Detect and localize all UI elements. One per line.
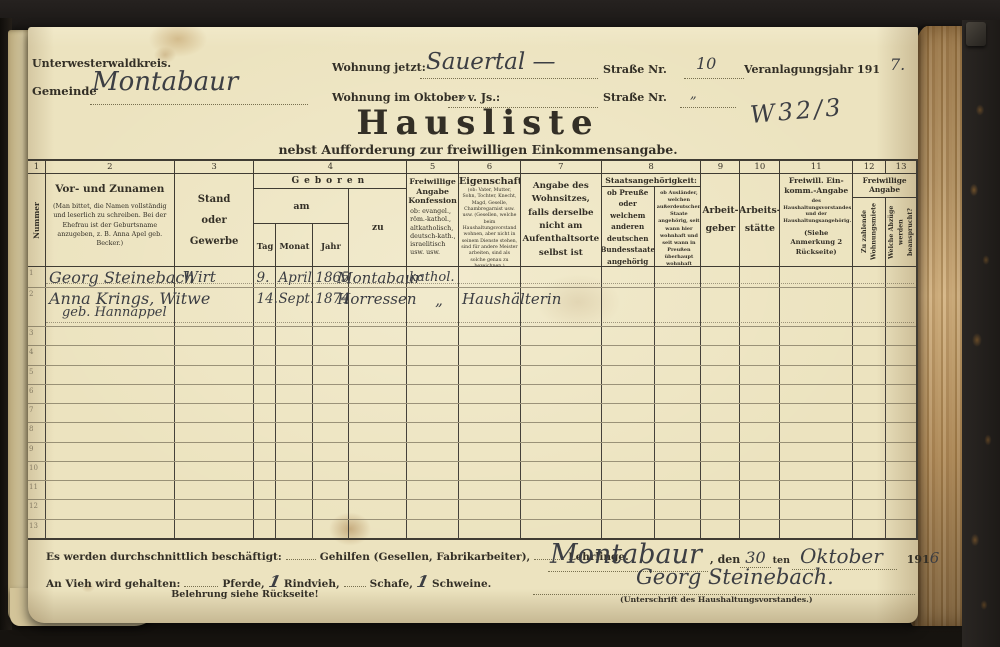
- cell-c3: [175, 327, 255, 345]
- cell-c12: [853, 520, 886, 538]
- cell-c8a2: [602, 481, 655, 499]
- cell-c6: Haushälterin: [459, 288, 521, 326]
- wohnung-jetzt-dotted-line: [420, 77, 598, 79]
- schafe-blank: [344, 577, 366, 587]
- cell-c8b2: [655, 500, 702, 518]
- cell-c9: [701, 385, 740, 403]
- cell-c13: [886, 385, 916, 403]
- cell-c4d: [349, 500, 407, 518]
- cell-c6: [459, 327, 521, 345]
- col6-number: 6: [459, 161, 520, 174]
- cell-c8b2: [655, 404, 702, 422]
- cell-c4a: [254, 346, 276, 364]
- cell-c8b2: [655, 288, 702, 326]
- cell-c7: [521, 327, 602, 345]
- table-row: 3: [28, 327, 916, 346]
- cell-c4a: [254, 462, 276, 480]
- table-row: 7: [28, 404, 916, 423]
- cell-c4d: Montabaur: [349, 267, 407, 287]
- schweine-value-handwriting: 1: [415, 572, 430, 591]
- cell-c5: [407, 404, 459, 422]
- cell-c12: [853, 423, 886, 441]
- cell-c12: [853, 288, 886, 326]
- cell-c7: [521, 520, 602, 538]
- header-col-wohnsitz: 7 Angabe des Wohnsitzes, falls derselbe …: [521, 161, 602, 266]
- table-row: 8: [28, 423, 916, 442]
- cell-c3: [175, 385, 255, 403]
- row-number: 12: [29, 502, 38, 510]
- cell-c4c: [313, 500, 349, 518]
- cell-c4a: [254, 385, 276, 403]
- cell-c4b: [276, 423, 313, 441]
- cell-c6: [459, 267, 521, 287]
- cell-c7: [521, 462, 602, 480]
- cell-c4a: [254, 520, 276, 538]
- table-row: 9: [28, 443, 916, 462]
- cell-c12: [853, 267, 886, 287]
- cell-c4c: [313, 385, 349, 403]
- cell-c9: [701, 462, 740, 480]
- cell-c10: [740, 346, 780, 364]
- col2-label: Vor- und Zunamen: [46, 183, 174, 195]
- cell-c3: [175, 346, 255, 364]
- cell-c10: [740, 500, 780, 518]
- row-number: 1: [29, 269, 33, 277]
- gemeinde-dotted-line: [90, 103, 308, 105]
- cell-c9: [701, 443, 740, 461]
- col3-number: 3: [175, 161, 254, 174]
- cell-c1: 11: [28, 481, 46, 499]
- cell-c4d: Horressen: [349, 288, 407, 326]
- book-cover-top: [0, 0, 1000, 30]
- handwritten-entry: Wirt: [183, 268, 216, 286]
- cell-c1: 5: [28, 366, 46, 384]
- cell-c6: [459, 500, 521, 518]
- cell-c6: [459, 366, 521, 384]
- col5-label: Freiwillige Angabe Konfession: [407, 177, 458, 206]
- cell-c11: [780, 481, 853, 499]
- cell-c4c: [313, 443, 349, 461]
- cell-c10: [740, 520, 780, 538]
- cell-c1: 1: [28, 267, 46, 287]
- row-number: 3: [29, 329, 33, 337]
- cell-c1: 2: [28, 288, 46, 326]
- handwritten-entry: Haushälterin: [462, 290, 561, 308]
- cell-c4b: [276, 481, 313, 499]
- cell-c3: [175, 443, 255, 461]
- header-col-staatsangehoerigkeit: 8 Staatsangehörigkeit: ob Preuße oder we…: [602, 161, 702, 266]
- strasse-nr2-handwriting: „: [690, 87, 697, 102]
- employed-mid-label: Gehilfen (Gesellen, Fabrikarbeiter),: [320, 551, 530, 563]
- hausliste-table: 1 Nummer 2 Vor- und Zunamen (Man bittet,…: [28, 159, 918, 540]
- strasse-nr-label: Straße Nr.: [603, 63, 667, 76]
- cell-c12: [853, 481, 886, 499]
- cell-c5: [407, 346, 459, 364]
- handwritten-entry: 14.: [256, 291, 277, 307]
- cell-c6: [459, 520, 521, 538]
- cell-c10: [740, 404, 780, 422]
- cell-c3: [175, 423, 255, 441]
- cell-c8b2: [655, 443, 702, 461]
- cell-c8b2: [655, 366, 702, 384]
- cell-c5: [407, 443, 459, 461]
- table-rows: 1Georg SteinebachWirt9.April1865Montabau…: [28, 267, 916, 538]
- row-number: 13: [29, 522, 38, 530]
- cell-c4d: [349, 443, 407, 461]
- header-col-namen: 2 Vor- und Zunamen (Man bittet, die Name…: [46, 161, 175, 266]
- col5-note: ob: evangel., röm.-kathol., altkatholisc…: [410, 208, 456, 257]
- handwritten-entry: kathol.: [409, 270, 454, 285]
- cell-c6: [459, 443, 521, 461]
- col8-number: 8: [602, 161, 701, 174]
- cell-c4b: [276, 346, 313, 364]
- cell-c2: [46, 481, 175, 499]
- cell-c7: [521, 423, 602, 441]
- table-row: 12: [28, 500, 916, 519]
- col7-number: 7: [521, 161, 601, 174]
- table-row: 6: [28, 385, 916, 404]
- row-number: 9: [29, 445, 33, 453]
- cell-c4c: [313, 423, 349, 441]
- cell-c3: Wirt: [175, 267, 255, 287]
- cell-c13: [886, 288, 916, 326]
- cell-c4c: [313, 327, 349, 345]
- handwritten-entry: „: [435, 291, 443, 309]
- col4-zu-label: zu: [349, 189, 406, 266]
- cell-c7: [521, 385, 602, 403]
- cell-c8a2: [602, 443, 655, 461]
- employed-label: Es werden durchschnittlich beschäftigt:: [46, 551, 282, 563]
- cell-c13: [886, 267, 916, 287]
- cell-c2: [46, 346, 175, 364]
- cell-c5: [407, 366, 459, 384]
- cell-c4b: [276, 500, 313, 518]
- col11-note2: (Siehe Anmerkung 2 Rückseite): [780, 229, 852, 257]
- cell-c1: 7: [28, 404, 46, 422]
- cell-c4b: April: [276, 267, 313, 287]
- cell-c13: [886, 443, 916, 461]
- cell-c2: [46, 462, 175, 480]
- cell-c3: [175, 500, 255, 518]
- wohnung-jetzt-handwriting: Sauertal —: [426, 49, 556, 75]
- col4-number: 4: [254, 161, 406, 174]
- cell-c4d: [349, 404, 407, 422]
- cell-c1: 13: [28, 520, 46, 538]
- col8-label: Staatsangehörigkeit:: [602, 174, 701, 187]
- table-row: 10: [28, 462, 916, 481]
- cell-c2: [46, 404, 175, 422]
- wohnung-oktober-handwriting: „: [460, 87, 467, 102]
- cell-c10: [740, 327, 780, 345]
- cell-c12: [853, 404, 886, 422]
- col8-left-note: ob Preuße oder welchem anderen deutschen…: [602, 187, 655, 266]
- header-col-freiwillige-angabe: 12 13 Freiwillige Angabe Zu zahlende Woh…: [853, 161, 916, 266]
- cell-c12: [853, 327, 886, 345]
- book-cover-right: [962, 20, 1000, 647]
- cell-c1: 10: [28, 462, 46, 480]
- cell-c5: kathol.: [407, 267, 459, 287]
- row-number: 10: [29, 464, 38, 472]
- cell-c4b: [276, 404, 313, 422]
- cell-c4c: [313, 520, 349, 538]
- handwritten-entry: Georg Steinebach: [49, 268, 195, 287]
- cell-c2: [46, 366, 175, 384]
- cell-c11: [780, 385, 853, 403]
- cell-c4a: [254, 443, 276, 461]
- cell-c12: [853, 462, 886, 480]
- table-row: 13: [28, 520, 916, 538]
- cell-c4a: 9.: [254, 267, 276, 287]
- cell-c4d: [349, 385, 407, 403]
- col6-label: Eigenschaft: [459, 176, 520, 187]
- col12-label: Zu zahlende Wohnungsmiete: [860, 199, 879, 265]
- cell-c9: [701, 366, 740, 384]
- cell-c1: 6: [28, 385, 46, 403]
- cell-c1: 12: [28, 500, 46, 518]
- cell-c8b2: [655, 462, 702, 480]
- col8-right-note: ob Ausländer, welchen außerdeutschen Sta…: [655, 187, 701, 266]
- col1-label: Nummer: [32, 202, 41, 239]
- col12-number: 12: [853, 161, 886, 173]
- col2-number: 2: [46, 161, 174, 174]
- cell-c6: [459, 462, 521, 480]
- cell-c11: [780, 500, 853, 518]
- cell-c1: 4: [28, 346, 46, 364]
- wohnung-jetzt-label: Wohnung jetzt:: [332, 61, 426, 74]
- cell-c7: [521, 366, 602, 384]
- cell-c4d: [349, 366, 407, 384]
- cell-c11: [780, 443, 853, 461]
- cell-c4b: [276, 385, 313, 403]
- cell-c3: [175, 366, 255, 384]
- schweine-label: Schweine.: [432, 578, 491, 590]
- signature-caption: (Unterschrift des Haushaltungsvorstandes…: [620, 595, 813, 604]
- col7-label: Angabe des Wohnsitzes, falls derselbe ni…: [521, 174, 601, 266]
- cell-c9: [701, 346, 740, 364]
- cell-c13: [886, 327, 916, 345]
- handwritten-entry: 9.: [256, 270, 269, 286]
- cell-c4d: [349, 481, 407, 499]
- cell-c8b2: [655, 423, 702, 441]
- table-row: 4: [28, 346, 916, 365]
- col4-jahr-label: Jahr: [313, 224, 348, 266]
- cell-c8b2: [655, 385, 702, 403]
- cell-c3: [175, 481, 255, 499]
- cell-c4a: [254, 500, 276, 518]
- row-number: 7: [29, 406, 33, 414]
- book-clasp: [966, 22, 986, 46]
- gemeinde-label: Gemeinde: [32, 84, 97, 98]
- date-year-printed: 191: [907, 553, 930, 566]
- cell-c4d: [349, 346, 407, 364]
- table-row: 1Georg SteinebachWirt9.April1865Montabau…: [28, 267, 916, 288]
- col9-label: Arbeit- geber: [701, 174, 739, 266]
- cell-c8a2: [602, 327, 655, 345]
- cell-c10: [740, 267, 780, 287]
- col4-label: Geboren: [254, 174, 406, 189]
- cell-c12: [853, 366, 886, 384]
- cell-c11: [780, 423, 853, 441]
- cell-c9: [701, 327, 740, 345]
- handwritten-entry: Horressen: [337, 290, 416, 308]
- cell-c10: [740, 481, 780, 499]
- handwritten-entry: April: [278, 270, 311, 286]
- cell-c11: [780, 404, 853, 422]
- cell-c4d: [349, 423, 407, 441]
- cell-c6: [459, 481, 521, 499]
- cell-c13: [886, 500, 916, 518]
- cell-c13: [886, 366, 916, 384]
- col1-number: 1: [28, 161, 45, 174]
- cell-c8b2: [655, 267, 702, 287]
- veranlagungsjahr-label: Veranlagungsjahr 191: [744, 63, 880, 76]
- cell-c4d: [349, 327, 407, 345]
- cell-c2: [46, 500, 175, 518]
- cell-c5: [407, 520, 459, 538]
- cell-c9: [701, 423, 740, 441]
- cell-c6: [459, 346, 521, 364]
- cell-c8a2: [602, 346, 655, 364]
- cell-c10: [740, 288, 780, 326]
- cell-c9: [701, 288, 740, 326]
- cell-c4a: 14.: [254, 288, 276, 326]
- cell-c4a: [254, 481, 276, 499]
- cell-c10: [740, 462, 780, 480]
- cell-c13: [886, 462, 916, 480]
- cell-c5: [407, 462, 459, 480]
- archive-number-handwriting: W32/3: [749, 93, 845, 129]
- cell-c6: [459, 404, 521, 422]
- veranlagungsjahr-handwriting: 7.: [890, 55, 905, 74]
- cell-c2: Anna Krings, Witwegeb. Hannappel: [46, 288, 175, 326]
- row-number: 11: [29, 483, 38, 491]
- cell-c8b2: [655, 481, 702, 499]
- page-stack-edge: [910, 26, 970, 626]
- cell-c10: [740, 423, 780, 441]
- header-col-nummer: 1 Nummer: [28, 161, 46, 266]
- cell-c4b: [276, 366, 313, 384]
- cell-c4a: [254, 423, 276, 441]
- cell-c11: [780, 267, 853, 287]
- col11-note: des Haushaltungsvorstandes und der Haush…: [783, 198, 849, 225]
- cell-c1: 8: [28, 423, 46, 441]
- cell-c5: [407, 385, 459, 403]
- cell-c4c: [313, 346, 349, 364]
- cell-c7: [521, 267, 602, 287]
- cell-c8a2: [602, 404, 655, 422]
- cell-c12: [853, 500, 886, 518]
- cell-c2: [46, 520, 175, 538]
- pferde-blank: [184, 577, 218, 587]
- cell-c11: [780, 366, 853, 384]
- cell-c4d: [349, 462, 407, 480]
- row-number: 6: [29, 387, 33, 395]
- cell-c5: [407, 481, 459, 499]
- cell-c11: [780, 327, 853, 345]
- cell-c8b2: [655, 327, 702, 345]
- cell-c4a: [254, 366, 276, 384]
- col11-label: Freiwill. Ein- komm.-Angabe: [780, 176, 852, 196]
- cell-c11: [780, 346, 853, 364]
- cell-c8a2: [602, 462, 655, 480]
- header-col-konfession: 5 Freiwillige Angabe Konfession ob: evan…: [407, 161, 459, 266]
- employed-line: Es werden durchschnittlich beschäftigt: …: [46, 550, 629, 563]
- cell-c12: [853, 385, 886, 403]
- table-row: 2Anna Krings, Witwegeb. Hannappel14.Sept…: [28, 288, 916, 327]
- col5-number: 5: [407, 161, 458, 174]
- cell-c8b2: [655, 520, 702, 538]
- col4-am-label: am: [254, 189, 348, 224]
- date-year-handwriting: 6: [930, 549, 940, 567]
- cell-c12: [853, 443, 886, 461]
- header-col-einkommensangabe: 11 Freiwill. Ein- komm.-Angabe des Haush…: [780, 161, 853, 266]
- cell-c13: [886, 520, 916, 538]
- schafe-label: Schafe,: [370, 578, 413, 590]
- page-title: Hausliste: [288, 103, 668, 143]
- cell-c8a2: [602, 267, 655, 287]
- cell-c2: [46, 385, 175, 403]
- cell-c13: [886, 423, 916, 441]
- header-col-arbeitsstaette: 10 Arbeits- stätte: [740, 161, 780, 266]
- cell-c9: [701, 500, 740, 518]
- handwritten-entry-line2: geb. Hannappel: [62, 305, 167, 320]
- cell-c3: [175, 404, 255, 422]
- cell-c11: [780, 288, 853, 326]
- table-header: 1 Nummer 2 Vor- und Zunamen (Man bittet,…: [28, 161, 916, 267]
- cell-c4a: [254, 404, 276, 422]
- col9-number: 9: [701, 161, 739, 174]
- cell-c8b2: [655, 346, 702, 364]
- belehrung-note: Belehrung siehe Rückseite!: [140, 589, 350, 600]
- cell-c12: [853, 346, 886, 364]
- cell-c1: 9: [28, 443, 46, 461]
- cell-c3: [175, 520, 255, 538]
- cell-c10: [740, 443, 780, 461]
- cell-c9: [701, 520, 740, 538]
- cell-c11: [780, 462, 853, 480]
- cell-c2: [46, 443, 175, 461]
- cell-c13: [886, 481, 916, 499]
- row-number: 2: [29, 290, 33, 298]
- col12-13-group-label: Freiwillige Angabe: [853, 174, 916, 198]
- col11-number: 11: [780, 161, 852, 174]
- row-number: 8: [29, 425, 33, 433]
- cell-c9: [701, 481, 740, 499]
- cell-c13: [886, 346, 916, 364]
- cell-c7: [521, 481, 602, 499]
- employed-blank-1: [286, 550, 316, 560]
- cell-c2: [46, 327, 175, 345]
- cell-c11: [780, 520, 853, 538]
- header-col-stand: 3 Stand oder Gewerbe: [175, 161, 255, 266]
- signature-handwriting: Georg Steinebach.: [636, 565, 834, 589]
- col10-number: 10: [740, 161, 779, 174]
- cell-c4a: [254, 327, 276, 345]
- cell-c9: [701, 404, 740, 422]
- cell-c7: [521, 500, 602, 518]
- header-col-eigenschaft: 6 Eigenschaft (ob: Vater, Mutter, Sohn, …: [459, 161, 521, 266]
- gemeinde-value-handwriting: Montabaur: [92, 67, 238, 97]
- strasse-nr2-dotted-line: [680, 106, 736, 108]
- col13-number: 13: [886, 161, 916, 173]
- cell-c5: [407, 423, 459, 441]
- cell-c4c: [313, 462, 349, 480]
- cell-c8a2: [602, 366, 655, 384]
- cell-c6: [459, 423, 521, 441]
- cell-c7: [521, 346, 602, 364]
- cell-c10: [740, 366, 780, 384]
- cell-c8a2: [602, 520, 655, 538]
